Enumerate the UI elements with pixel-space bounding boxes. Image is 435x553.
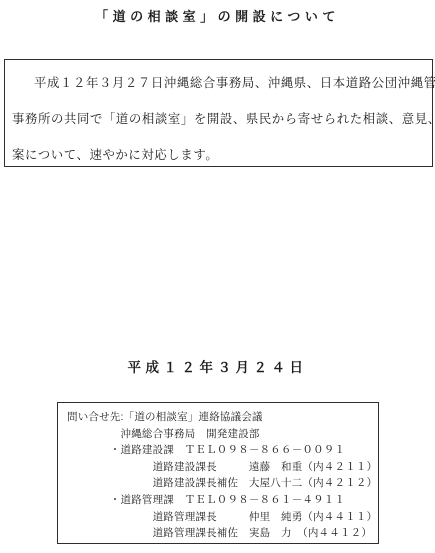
contact-heading: 問い合せ先:「道の相談室」連絡協議会議	[67, 409, 378, 426]
notice-box: 平成１２年３月２７日沖縄総合事務局、沖縄県、日本道路公団沖縄管理 事務所の共同で…	[4, 59, 433, 167]
contact-organization: 沖縄総合事務局 開発建設部	[67, 426, 378, 443]
notice-line-2: 事務所の共同で「道の相談室」を開設、県民から寄せられた相談、意見、提	[12, 101, 424, 137]
contact-management-division-chief: 道路管理課長 仲里 純勇（内４４１１）	[67, 509, 378, 526]
document-date: 平成１２年３月２４日	[0, 356, 435, 376]
contact-management-division-tel: ・道路管理課 ＴＥＬ０９８－８６１－４９１１	[67, 492, 378, 509]
contact-construction-division-tel: ・道路建設課 ＴＥＬ０９８－８６６－００９１	[67, 442, 378, 459]
document-page: 「道の相談室」の開設について 平成１２年３月２７日沖縄総合事務局、沖縄県、日本道…	[0, 0, 435, 553]
contact-management-division-deputy: 道路管理課長補佐 実島 力 （内４４１２）	[67, 525, 378, 542]
contact-box: 問い合せ先:「道の相談室」連絡協議会議 沖縄総合事務局 開発建設部 ・道路建設課…	[57, 402, 379, 544]
notice-line-3: 案について、速やかに対応します。	[12, 137, 424, 173]
document-title: 「道の相談室」の開設について	[0, 6, 435, 25]
contact-construction-division-deputy: 道路建設課長補佐 大屋八十二（内４２１２）	[67, 475, 378, 492]
contact-construction-division-chief: 道路建設課長 遠藤 和重（内４２１１）	[67, 459, 378, 476]
notice-line-1: 平成１２年３月２７日沖縄総合事務局、沖縄県、日本道路公団沖縄管理	[12, 65, 424, 101]
